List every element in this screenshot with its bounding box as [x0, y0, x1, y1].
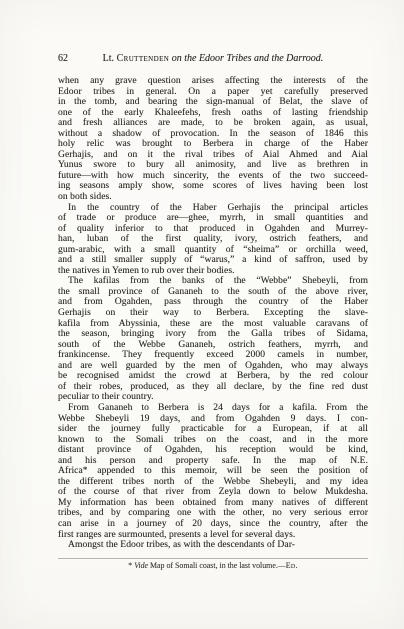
text-line: Amongst the Edoor tribes, as with the de… — [58, 540, 368, 551]
paragraph: From Gananeh to Berbera is 24 days for a… — [58, 403, 368, 540]
paragraph: when any grave question arises affecting… — [58, 76, 368, 203]
page-body: when any grave question arises affecting… — [58, 76, 368, 551]
text-line: sider the journey fully practicable for … — [58, 424, 368, 435]
footnote-block: * Vide Map of Somali coast, in the last … — [58, 558, 368, 571]
text-line: on both sides. — [58, 192, 368, 203]
footnote-rule — [58, 558, 368, 559]
footnote: * Vide Map of Somali coast, in the last … — [58, 561, 368, 571]
running-title: Lt. Cruttenden on the Edoor Tribes and t… — [103, 53, 324, 64]
text-line: when any grave question arises affecting… — [58, 76, 368, 87]
text-line: From Gananeh to Berbera is 24 days for a… — [58, 403, 368, 414]
page-number: 62 — [58, 52, 68, 66]
author-prefix: Lt. — [103, 53, 117, 64]
running-title-italic: on the Edoor Tribes and the Darrood. — [169, 53, 323, 64]
footnote-text: Map of Somali coast, in the last volume.… — [148, 561, 286, 570]
paragraph: In the country of the Haber Gerhajis the… — [58, 203, 368, 277]
footnote-editor: Ed. — [286, 561, 298, 570]
paragraph: Amongst the Edoor tribes, as with the de… — [58, 540, 368, 551]
footnote-vide: Vide — [134, 561, 148, 570]
text-line: can arise in a journey of 20 days, since… — [58, 519, 368, 530]
text-line: Gerhajis on their way to Berbera. Except… — [58, 308, 368, 319]
author-name: Cruttenden — [117, 53, 170, 64]
paragraph: The kafilas from the banks of the “Webbe… — [58, 276, 368, 403]
running-header: 62 Lt. Cruttenden on the Edoor Tribes an… — [58, 52, 368, 66]
scanned-book-page: { "page": { "background": "#fbfaf7", "in… — [0, 0, 404, 629]
